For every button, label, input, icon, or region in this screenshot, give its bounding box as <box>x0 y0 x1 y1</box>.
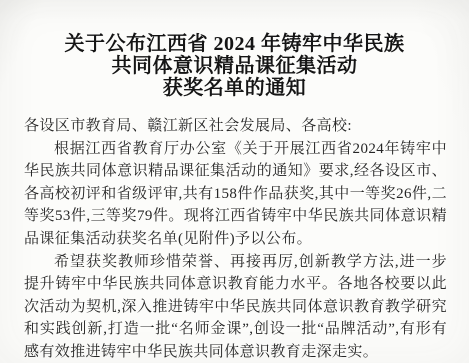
title-line-3: 获奖名单的通知 <box>30 77 439 99</box>
paragraph-expectations: 希望获奖教师珍惜荣誉、再接再厉,创新教学方法,进一步提升铸牢中华民族共同体意识教… <box>24 251 447 363</box>
salutation-line: 各设区市教育局、赣江新区社会发展局、各高校: <box>24 115 447 138</box>
scanned-notice-page: 关于公布江西省 2024 年铸牢中华民族 共同体意识精品课征集活动 获奖名单的通… <box>0 0 469 363</box>
document-title: 关于公布江西省 2024 年铸牢中华民族 共同体意识精品课征集活动 获奖名单的通… <box>30 33 439 99</box>
document-body: 各设区市教育局、赣江新区社会发展局、各高校: 根据江西省教育厅办公室《关于开展江… <box>24 115 447 363</box>
paragraph-award-results: 根据江西省教育厅办公室《关于开展江西省2024年铸牢中华民族共同体意识精品课征集… <box>24 138 447 251</box>
title-line-1: 关于公布江西省 2024 年铸牢中华民族 <box>30 33 439 55</box>
title-line-2: 共同体意识精品课征集活动 <box>30 55 439 77</box>
